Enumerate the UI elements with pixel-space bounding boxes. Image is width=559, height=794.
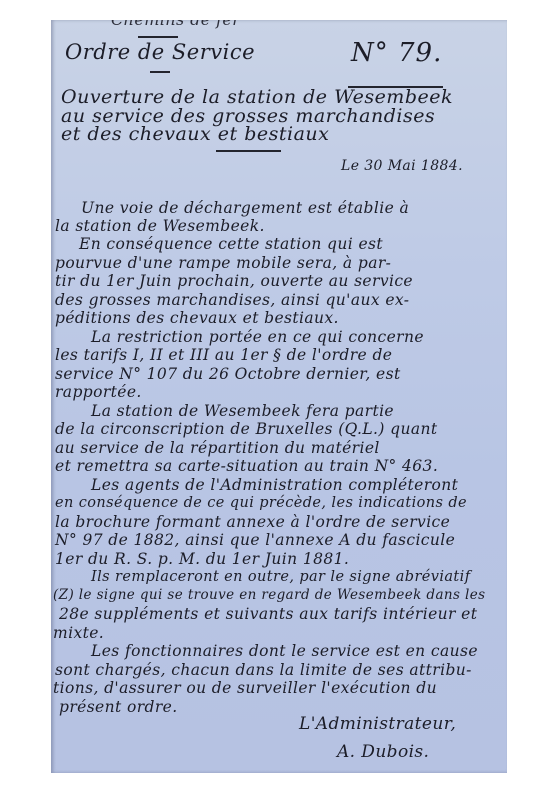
body-line: Ils remplaceront en outre, par le signe …: [91, 570, 507, 585]
body-line: Les agents de l'Administration compléter…: [91, 478, 507, 494]
body-line: 28e suppléments et suivants aux tarifs i…: [59, 607, 507, 623]
header-rule-mid: [150, 71, 170, 73]
subject-line-3: et des chevaux et bestiaux: [61, 125, 507, 144]
signature-title: L'Administrateur,: [299, 716, 507, 733]
body-line: mixte.: [53, 626, 507, 642]
body-line: tions, d'assurer ou de surveiller l'exéc…: [53, 681, 507, 697]
body-line: Les fonctionnaires dont le service est e…: [91, 644, 507, 660]
signature-name: A. Dubois.: [337, 744, 507, 761]
body-line: rapportée.: [55, 385, 507, 401]
document-date: Le 30 Mai 1884.: [341, 159, 507, 173]
body-line: (Z) le signe qui se trouve en regard de …: [53, 589, 507, 603]
body-line: Une voie de déchargement est établie à: [81, 201, 507, 217]
body-line: des grosses marchandises, ainsi qu'aux e…: [55, 293, 507, 309]
header-rule-top: [138, 36, 178, 38]
body-line: La restriction portée en ce qui concerne: [91, 330, 507, 346]
document-page: Chemins de fer Ordre de Service N° 79. O…: [51, 20, 507, 773]
subject-underline: [216, 150, 281, 152]
order-number: N° 79.: [351, 40, 507, 66]
body-line: de la circonscription de Bruxelles (Q.L.…: [55, 422, 507, 438]
body-line: au service de la répartition du matériel: [55, 441, 507, 457]
body-line: 1er du R. S. p. M. du 1er Juin 1881.: [55, 552, 507, 568]
body-line: service N° 107 du 26 Octobre dernier, es…: [55, 367, 507, 383]
body-line: et remettra sa carte-situation au train …: [55, 459, 507, 475]
body-line: les tarifs I, II et III au 1er § de l'or…: [55, 348, 507, 364]
cut-off-heading: Chemins de fer: [111, 20, 507, 28]
body-line: tir du 1er Juin prochain, ouverte au ser…: [55, 274, 507, 290]
body-line: péditions des chevaux et bestiaux.: [55, 311, 507, 327]
body-line: sont chargés, chacun dans la limite de s…: [55, 663, 507, 679]
body-line: En conséquence cette station qui est: [79, 237, 507, 253]
body-line: la station de Wesembeek.: [55, 219, 507, 235]
body-line: la brochure formant annexe à l'ordre de …: [55, 515, 507, 531]
body-line: La station de Wesembeek fera partie: [91, 404, 507, 420]
body-line: pourvue d'une rampe mobile sera, à par-: [55, 256, 507, 272]
body-line: en conséquence de ce qui précède, les in…: [55, 496, 507, 511]
body-line: N° 97 de 1882, ainsi que l'annexe A du f…: [55, 533, 507, 549]
